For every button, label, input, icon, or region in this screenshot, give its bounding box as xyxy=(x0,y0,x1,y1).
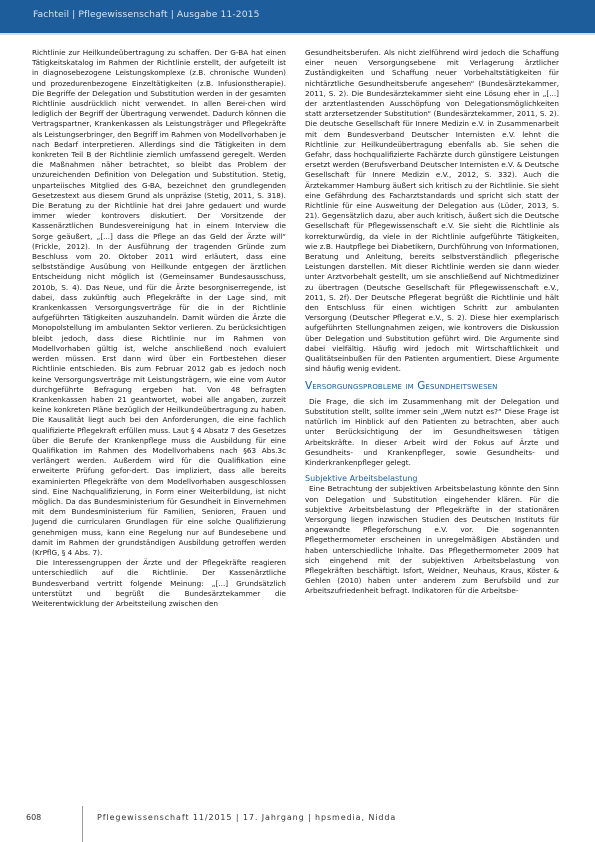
body-paragraph: Richtlinie zur Heilkundeübertragung zu s… xyxy=(32,48,286,558)
page-header: Fachteil | Pflegewissenschaft | Ausgabe … xyxy=(0,0,595,35)
left-column: Richtlinie zur Heilkundeübertragung zu s… xyxy=(32,48,286,609)
page-number: 608 xyxy=(26,813,41,822)
footer-text: Pflegewissenschaft 11/2015 | 17. Jahrgan… xyxy=(97,813,396,822)
body-paragraph: Eine Betrachtung der subjektiven Arbeits… xyxy=(305,484,559,596)
body-paragraph: Die Frage, die sich im Zusammenhang mit … xyxy=(305,397,559,468)
body-paragraph: Gesundheitsberufen. Als nicht zielführen… xyxy=(305,48,559,375)
section-heading: Versorgungsprobleme im Gesundheitswesen xyxy=(305,381,559,391)
subsection-heading: Subjektive Arbeitsbelastung xyxy=(305,474,559,484)
header-text: Fachteil | Pflegewissenschaft | Ausgabe … xyxy=(33,9,260,20)
footer-divider xyxy=(82,806,83,842)
body-paragraph: Die Interessengruppen der Ärzte und der … xyxy=(32,558,286,609)
right-column: Gesundheitsberufen. Als nicht zielführen… xyxy=(305,48,559,597)
